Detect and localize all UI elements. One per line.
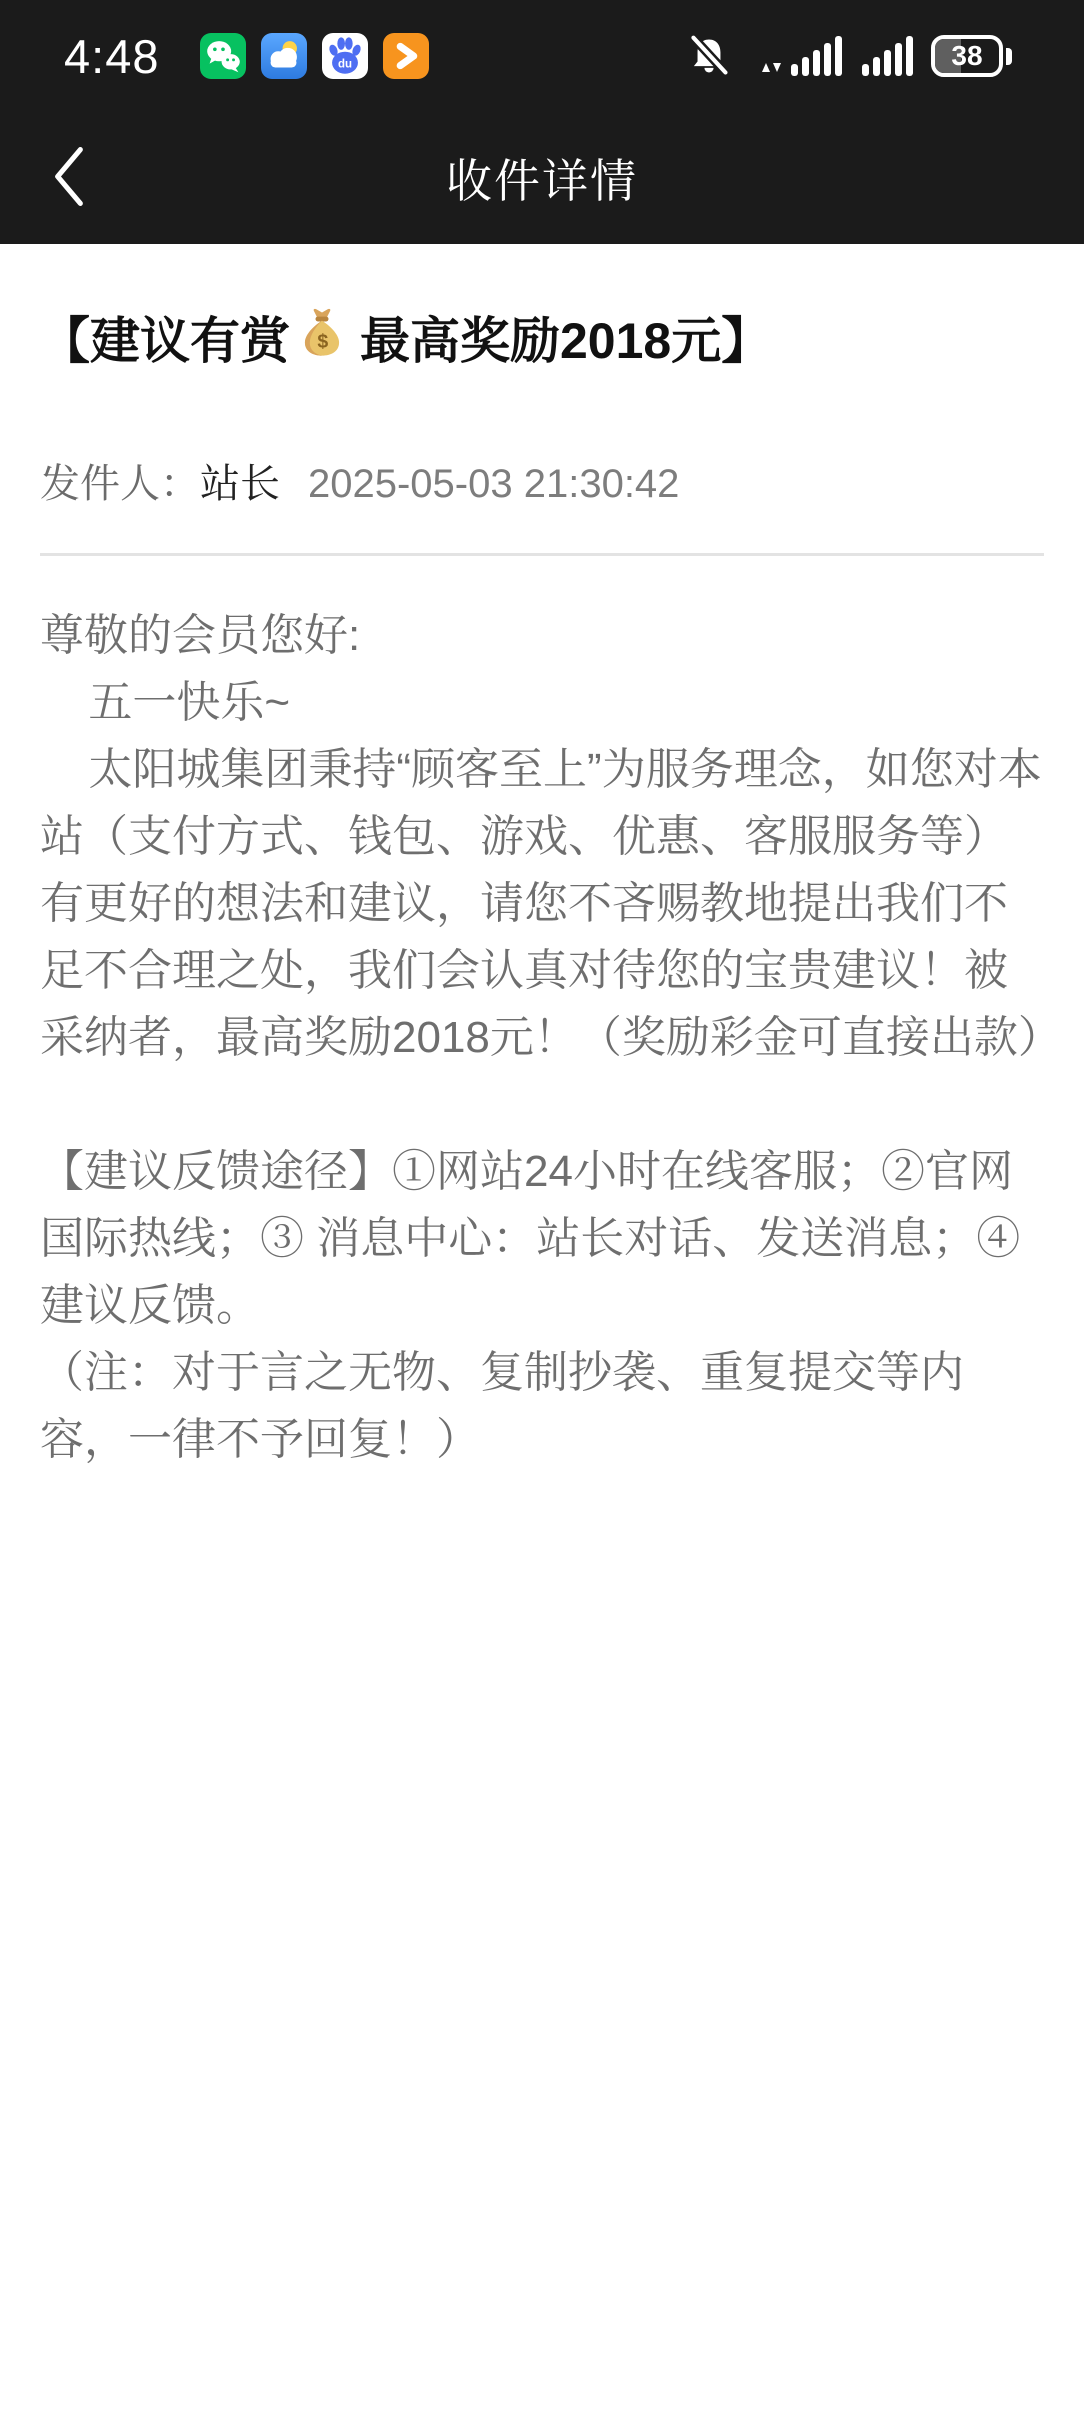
message-title-prefix: 【建议有赏 [40,306,290,376]
paragraph-spacer [40,1071,1044,1138]
battery-percent: 38 [951,40,982,72]
body-paragraph: 尊敬的会员您好: [40,602,1044,669]
signal-sim2-icon [858,36,913,76]
message-detail: 【建议有赏 $ 最高奖励2018元】 发件人： 站长 2025-05-03 21… [0,306,1084,1473]
baidu-icon: du [322,33,368,79]
body-paragraph: 【建议反馈途径】①网站24小时在线客服；②官网国际热线；③ 消息中心：站长对话、… [40,1138,1044,1339]
battery-icon: 38 [931,35,1012,77]
top-bar: 4:48 [0,0,1084,244]
battery-nub [1006,48,1012,65]
video-play-icon [383,33,429,79]
screen: 4:48 [0,0,1084,2412]
status-bar: 4:48 [0,0,1084,112]
clock-text: 4:48 [64,29,159,84]
message-timestamp: 2025-05-03 21:30:42 [308,462,679,507]
message-title-suffix: 最高奖励2018元】 [360,306,771,376]
sender-row: 发件人： 站长 2025-05-03 21:30:42 [40,452,1044,509]
wechat-icon [200,33,246,79]
message-title: 【建议有赏 $ 最高奖励2018元】 [40,306,1044,376]
data-arrows-icon [761,58,783,74]
svg-text:$: $ [317,330,328,352]
page-title: 收件详情 [0,145,1084,211]
sender-name: 站长 [200,452,280,509]
divider [40,553,1044,556]
message-body: 尊敬的会员您好: 五一快乐~ 太阳城集团秉持“顾客至上”为服务理念，如您对本站（… [40,602,1044,1473]
sender-label: 发件人： [40,452,200,509]
status-bar-right: 38 [687,34,1012,78]
body-paragraph: 太阳城集团秉持“顾客至上”为服务理念，如您对本站（支付方式、钱包、游戏、优惠、客… [40,736,1044,1071]
signal-sim1-icon [761,36,842,76]
status-bar-left: 4:48 [64,29,429,84]
svg-text:du: du [338,59,352,71]
body-paragraph: 五一快乐~ [40,669,1044,736]
body-paragraph: （注：对于言之无物、复制抄袭、重复提交等内容，一律不予回复！） [40,1339,1044,1473]
nav-bar: 收件详情 [0,112,1084,244]
weather-icon [261,33,307,79]
notifications-muted-icon [687,34,731,78]
money-bag-icon: $ [296,306,348,376]
